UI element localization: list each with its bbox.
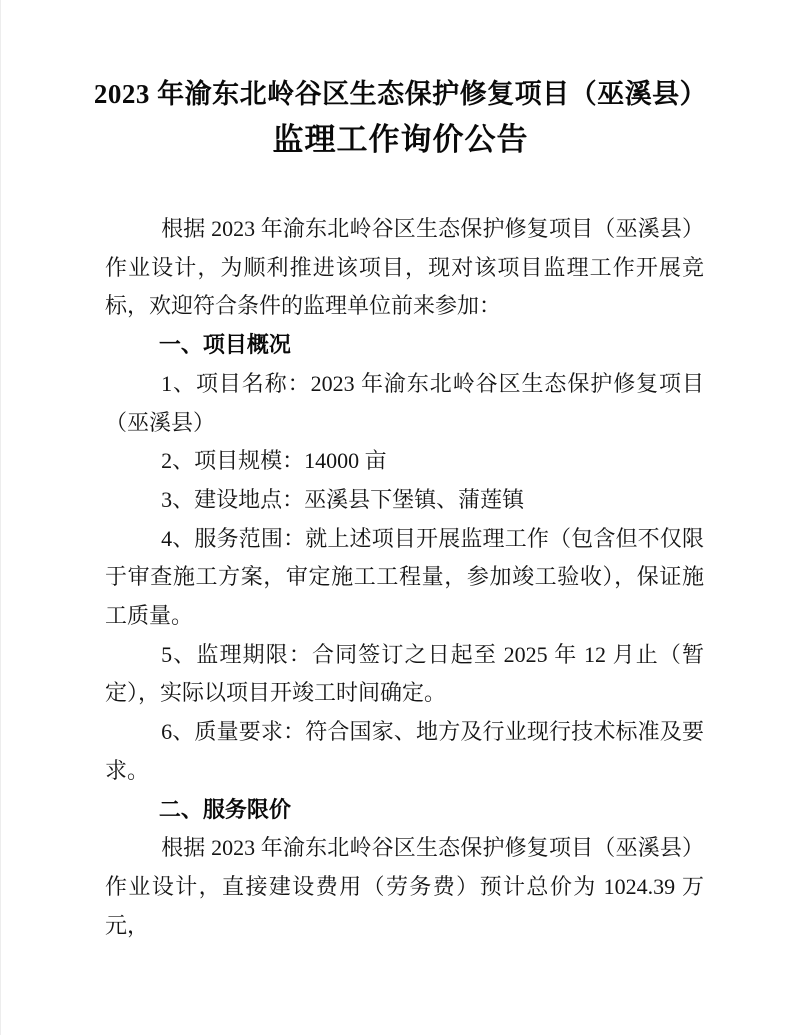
document-title: 2023 年渝东北岭谷区生态保护修复项目（巫溪县） 监理工作询价公告 <box>1 72 800 162</box>
paragraph-service-scope: 4、服务范围：就上述项目开展监理工作（包含但不仅限于审查施工方案，审定施工工程量… <box>105 520 704 636</box>
paragraph-location: 3、建设地点：巫溪县下堡镇、蒲莲镇 <box>105 481 704 520</box>
title-line-2: 监理工作询价公告 <box>1 117 800 162</box>
title-line-1: 2023 年渝东北岭谷区生态保护修复项目（巫溪县） <box>1 72 800 117</box>
paragraph-supervision-term: 5、监理期限：合同签订之日起至 2025 年 12 月止（暂定），实际以项目开竣… <box>105 636 704 713</box>
paragraph-quality-requirement: 6、质量要求：符合国家、地方及行业现行技术标准及要求。 <box>105 713 704 790</box>
section-heading-overview: 一、项目概况 <box>105 326 704 365</box>
document-body: 根据 2023 年渝东北岭谷区生态保护修复项目（巫溪县）作业设计，为顺利推进该项… <box>1 210 800 945</box>
paragraph-project-scale: 2、项目规模：14000 亩 <box>105 442 704 481</box>
paragraph-intro: 根据 2023 年渝东北岭谷区生态保护修复项目（巫溪县）作业设计，为顺利推进该项… <box>105 210 704 326</box>
paragraph-price-basis: 根据 2023 年渝东北岭谷区生态保护修复项目（巫溪县）作业设计，直接建设费用（… <box>105 829 704 945</box>
section-heading-price-limit: 二、服务限价 <box>105 791 704 830</box>
paragraph-project-name: 1、项目名称：2023 年渝东北岭谷区生态保护修复项目（巫溪县） <box>105 365 704 442</box>
page: { "page": { "background": "#ffffff", "te… <box>0 0 800 1035</box>
document-page: 2023 年渝东北岭谷区生态保护修复项目（巫溪县） 监理工作询价公告 根据 20… <box>0 0 800 1035</box>
